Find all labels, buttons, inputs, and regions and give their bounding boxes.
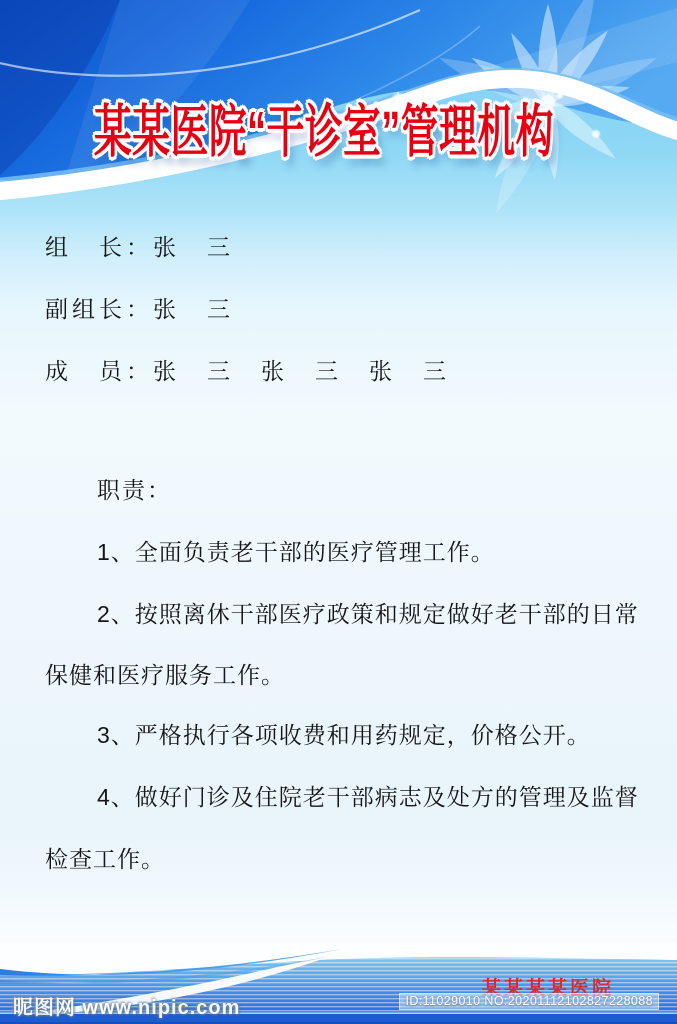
footer-id-badge: ID:11029010 NO:20201112102827228088 (399, 993, 659, 1010)
roster-leader-line: 组 长：张 三 (45, 229, 234, 262)
duty-item-2-line1: 2、按照离休干部医疗政策和规定做好老干部的日常 (45, 596, 639, 629)
duty-item-4-line1: 4、做好门诊及住院老干部病志及处方的管理及监督 (45, 779, 639, 812)
roster-deputy-line: 副组长：张 三 (45, 291, 234, 324)
duties-heading: 职责： (45, 472, 172, 505)
duty-item-3: 3、严格执行各项收费和用药规定，价格公开。 (45, 717, 591, 750)
watermark-logo: 昵图网 www.nipic.com (13, 991, 240, 1020)
duty-item-2-line2: 保健和医疗服务工作。 (45, 657, 285, 690)
poster-page: 某某医院“干诊室”管理机构 组 长：张 三 副组长：张 三 成 员：张 三 张 … (0, 0, 677, 1024)
duty-item-4-line2: 检查工作。 (45, 841, 165, 874)
duty-item-1: 1、全面负责老干部的医疗管理工作。 (45, 534, 495, 567)
page-title: 某某医院“干诊室”管理机构 (94, 86, 554, 168)
roster-members-line: 成 员：张 三 张 三 张 三 (45, 353, 450, 386)
